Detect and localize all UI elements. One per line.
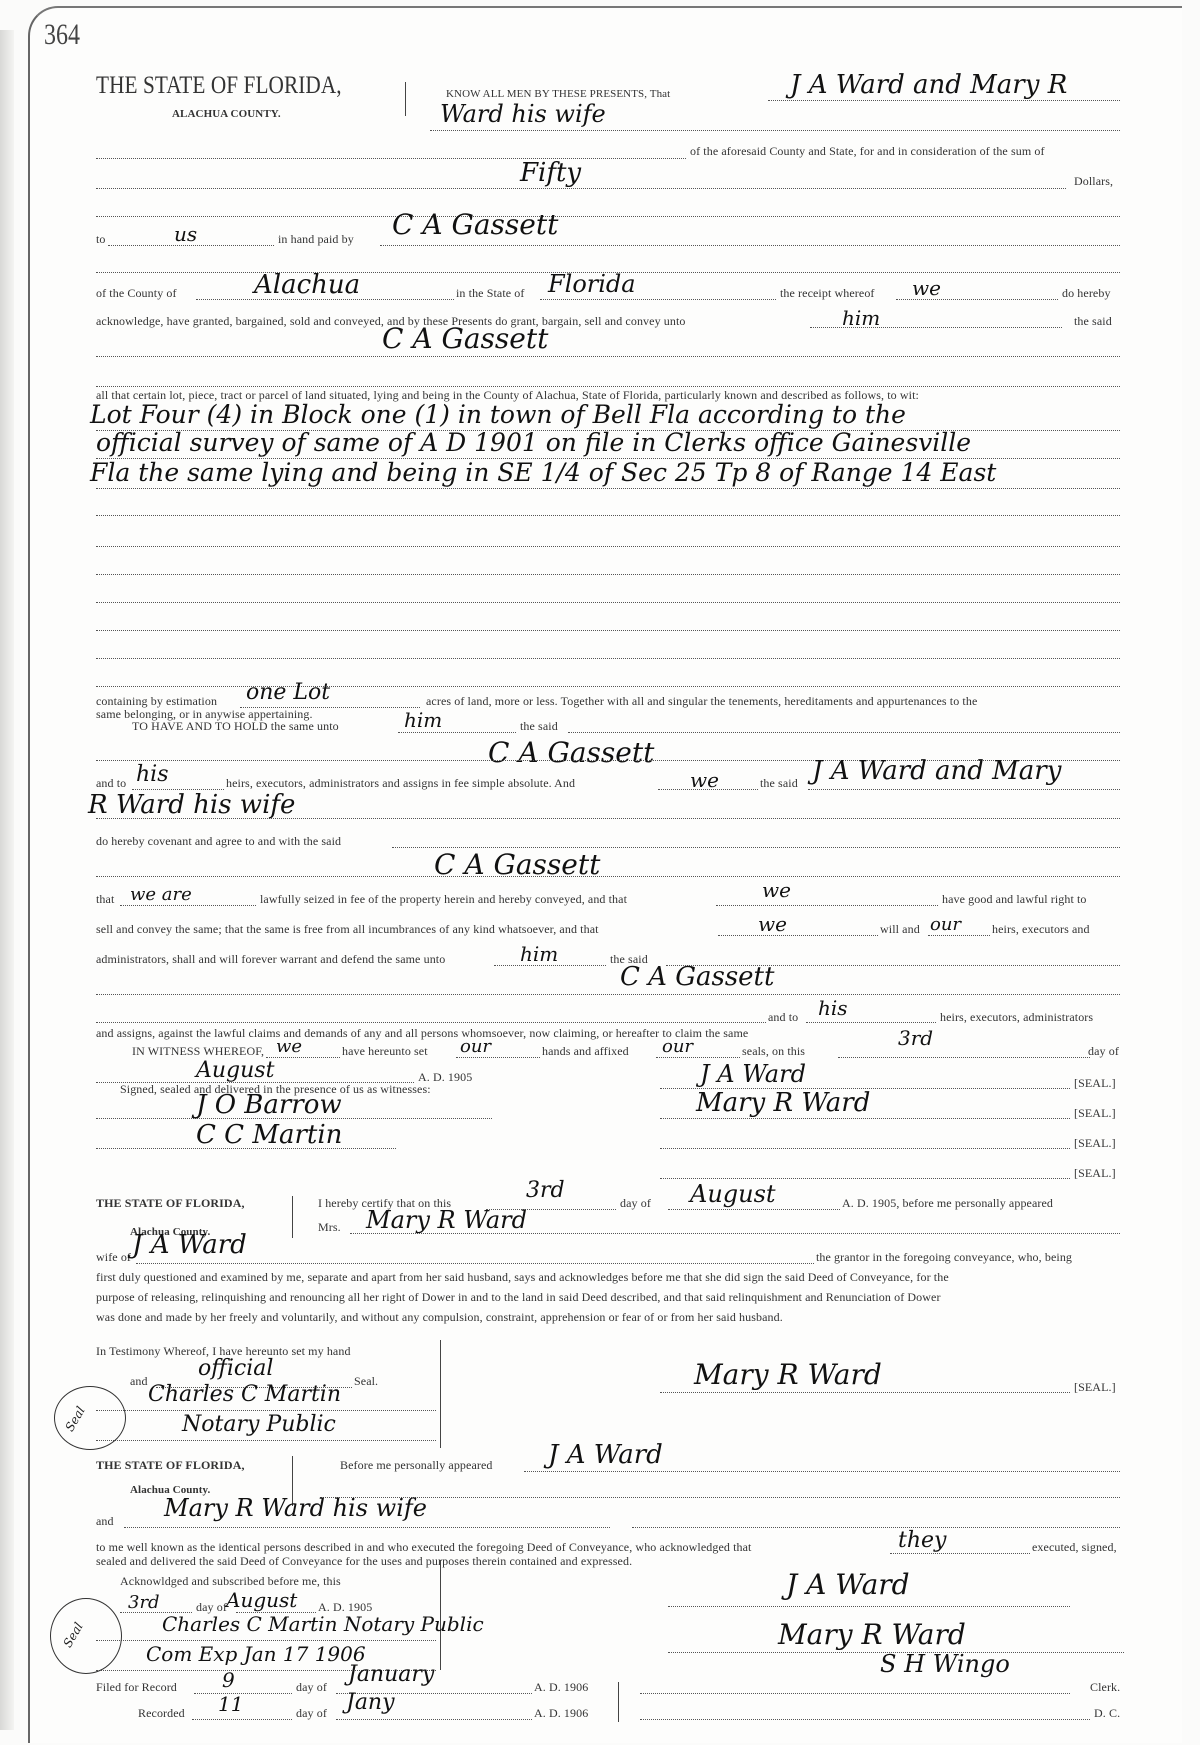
sell-text: sell and convey the same; that the same … — [96, 922, 599, 937]
fill-line — [430, 130, 1120, 131]
paid-by-label: in hand paid by — [278, 232, 354, 247]
day-handwriting: 3rd — [128, 1592, 160, 1613]
notary-seal-stamp — [50, 1598, 122, 1674]
fill-line — [716, 905, 938, 906]
recorded-ad-label: A. D. 1906 — [534, 1706, 588, 1721]
to-handwriting: us — [174, 222, 197, 246]
page-number: 364 — [44, 18, 80, 52]
grantors-handwriting: J A Ward and Mary R — [790, 70, 1067, 100]
seal-label: [SEAL.] — [1074, 1076, 1116, 1091]
mrs-label: Mrs. — [318, 1220, 341, 1235]
receipt-label: the receipt whereof — [780, 286, 875, 301]
dollars-label: Dollars, — [1074, 174, 1113, 189]
fill-line — [656, 1057, 740, 1058]
consideration-text: of the aforesaid County and State, for a… — [690, 144, 1045, 159]
seal-label: [SEAL.] — [1074, 1106, 1116, 1121]
and-to-handwriting: his — [136, 762, 169, 787]
fill-line — [124, 1527, 610, 1528]
month-handwriting: August — [196, 1058, 274, 1083]
state-heading: THE STATE OF FLORIDA, — [96, 1196, 245, 1211]
to-have-handwriting: him — [404, 708, 442, 732]
wife-handwriting: J A Ward — [132, 1230, 247, 1260]
grantors-handwriting-2: R Ward his wife — [88, 790, 295, 820]
brace — [618, 1682, 619, 1722]
filed-day-handwriting: 9 — [222, 1668, 235, 1692]
land-description-line: Fla the same lying and being in SE 1/4 o… — [90, 458, 996, 487]
acknowledged-text: Acknowldged and subscribed before me, th… — [120, 1574, 341, 1589]
set-handwriting: our — [460, 1036, 491, 1057]
fill-line — [96, 574, 1120, 575]
state-heading: THE STATE OF FLORIDA, — [96, 72, 342, 100]
signer-signature: J A Ward — [700, 1060, 806, 1088]
intro-text: KNOW ALL MEN BY THESE PRESENTS, That — [446, 88, 670, 100]
signature-line — [660, 1392, 1070, 1393]
unto-handwriting: him — [842, 306, 880, 330]
affixed-handwriting: our — [662, 1036, 693, 1057]
dower-text-2: purpose of releasing, relinquishing and … — [96, 1290, 941, 1305]
admins-handwriting: him — [520, 942, 558, 966]
containing-handwriting: one Lot — [246, 680, 330, 705]
fill-line — [632, 1527, 1120, 1528]
notary-line — [96, 1440, 436, 1441]
signature-line — [668, 1606, 1070, 1607]
clerk-signature: S H Wingo — [880, 1650, 1010, 1678]
notary-line — [96, 1640, 436, 1641]
seized-text: lawfully seized in fee of the property h… — [260, 892, 627, 907]
that-handwriting: we are — [130, 884, 192, 905]
sealed-text: sealed and delivered the said Deed of Co… — [96, 1554, 632, 1569]
to-have-text: TO HAVE AND TO HOLD the same unto — [132, 719, 339, 734]
fill-line — [456, 1057, 540, 1058]
land-description-line: official survey of same of A D 1901 on f… — [96, 428, 971, 457]
signer-signature: Mary R Ward — [696, 1088, 870, 1118]
grantee-handwriting: C A Gassett — [382, 322, 548, 355]
filed-ad-label: A. D. 1906 — [534, 1680, 588, 1695]
amount-handwriting: Fifty — [520, 158, 581, 188]
commission-expiry-handwriting: Com Exp Jan 17 1906 — [146, 1642, 366, 1666]
fill-line — [806, 1022, 936, 1023]
signature-line — [660, 1148, 1070, 1149]
fill-line — [890, 1553, 1030, 1554]
will-and-label: will and — [880, 922, 920, 937]
fill-line — [524, 1471, 1120, 1472]
to-label: to — [96, 232, 106, 247]
grantors-handwriting-2: Ward his wife — [440, 100, 606, 128]
and-label: and — [130, 1374, 148, 1389]
filed-label: Filed for Record — [96, 1680, 177, 1695]
heirs-admins-text: heirs, executors, administrators — [940, 1010, 1093, 1025]
fill-line — [96, 158, 686, 159]
heirs-text: heirs, executors, administrators and ass… — [226, 776, 575, 791]
seal-word: Seal. — [354, 1374, 378, 1389]
fill-line — [96, 876, 1120, 877]
clerk-line — [640, 1693, 1070, 1694]
day-handwriting: 3rd — [898, 1026, 933, 1050]
grantee-handwriting: C A Gassett — [620, 962, 774, 992]
fill-line — [136, 1263, 814, 1264]
will-handwriting: our — [930, 914, 961, 935]
month-handwriting: August — [226, 1588, 297, 1612]
fill-line — [320, 1497, 1120, 1498]
fill-line — [336, 1719, 532, 1720]
fill-line — [96, 630, 1120, 631]
grantor-text: the grantor in the foregoing conveyance,… — [816, 1250, 1072, 1265]
recorded-month-handwriting: Jany — [346, 1690, 395, 1715]
covenant-text: do hereby covenant and agree to and with… — [96, 834, 341, 849]
dower-text-3: was done and made by her freely and volu… — [96, 1310, 783, 1325]
executed-text: executed, signed, — [1032, 1540, 1117, 1555]
witness-signature: C C Martin — [196, 1120, 342, 1150]
sell-handwriting: we — [758, 912, 787, 936]
fill-line — [96, 188, 1066, 189]
dc-line — [640, 1719, 1090, 1720]
signer-signature: Mary R Ward — [778, 1618, 966, 1651]
fill-line — [266, 1057, 340, 1058]
fill-line — [96, 386, 1120, 387]
before-handwriting: J A Ward — [548, 1440, 663, 1470]
assigns-text: and assigns, against the lawful claims a… — [96, 1026, 748, 1041]
brace — [440, 1340, 441, 1448]
fill-line — [120, 905, 256, 906]
day-of-label: day of — [1088, 1044, 1119, 1059]
known-text: to me well known as the identical person… — [96, 1540, 752, 1555]
known-handwriting: they — [898, 1528, 946, 1553]
do-hereby-label: do hereby — [1062, 286, 1111, 301]
signer-signature: Mary R Ward — [694, 1358, 882, 1391]
brace — [292, 1196, 293, 1238]
witness-signature: J O Barrow — [196, 1090, 342, 1120]
notary-seal-stamp — [54, 1386, 126, 1450]
hands-label: hands and affixed — [542, 1044, 629, 1059]
seized-handwriting: we — [762, 878, 791, 902]
and-to-label: and to — [96, 776, 126, 791]
ad-text: A. D. 1905, before me personally appeare… — [842, 1196, 1053, 1211]
admins-text: administrators, shall and will forever w… — [96, 952, 445, 967]
notary-signature: Charles C Martin Notary Public — [162, 1612, 484, 1636]
fill-line — [96, 488, 1120, 489]
day-of-label: day of — [620, 1196, 651, 1211]
month-handwriting: August — [690, 1180, 776, 1208]
recorded-day-handwriting: 11 — [218, 1692, 243, 1716]
fill-line — [96, 602, 1120, 603]
filed-month-handwriting: January — [348, 1662, 434, 1687]
and-handwriting: Mary R Ward his wife — [164, 1494, 427, 1522]
have-hereunto-label: have hereunto set — [342, 1044, 428, 1059]
wife-of-label: wife of — [96, 1250, 131, 1265]
fill-line — [540, 299, 776, 300]
fill-line — [668, 1209, 840, 1210]
fill-line — [398, 732, 516, 733]
the-said-label: the said — [1074, 314, 1112, 329]
and-to-label: and to — [768, 1010, 798, 1025]
acres-text: acres of land, more or less. Together wi… — [426, 694, 977, 709]
that-label: that — [96, 892, 114, 907]
dc-label: D. C. — [1094, 1706, 1120, 1721]
signer-signature: J A Ward — [786, 1568, 910, 1601]
state-handwriting: Florida — [548, 270, 636, 298]
dower-text-1: first duly questioned and examined by me… — [96, 1270, 949, 1285]
fill-line — [96, 1022, 766, 1023]
the-said-label: the said — [520, 719, 558, 734]
and-to-handwriting: his — [818, 996, 848, 1020]
the-said-label: the said — [760, 776, 798, 791]
state-heading: THE STATE OF FLORIDA, — [96, 1458, 245, 1473]
recorded-label: Recorded — [138, 1706, 185, 1721]
before-me-text: Before me personally appeared — [340, 1458, 493, 1473]
seals-label: seals, on this — [742, 1044, 805, 1059]
county-heading: ALACHUA COUNTY. — [172, 108, 281, 120]
day-of-label: day of — [296, 1680, 327, 1695]
fill-line — [768, 100, 1120, 101]
paid-by-handwriting: C A Gassett — [392, 208, 558, 241]
and-handwriting: we — [690, 768, 719, 792]
fill-line — [96, 216, 1120, 217]
in-witness-label: IN WITNESS WHEREOF, — [132, 1044, 264, 1059]
clerk-label: Clerk. — [1090, 1680, 1120, 1695]
notary-signature: Charles C Martin — [148, 1382, 341, 1407]
mrs-handwriting: Mary R Ward — [366, 1206, 527, 1234]
day-handwriting: 3rd — [526, 1178, 565, 1203]
page-edge-shadow — [0, 30, 14, 1730]
seal-label: [SEAL.] — [1074, 1136, 1116, 1151]
official-handwriting: official — [198, 1356, 273, 1381]
deed-page — [28, 6, 1182, 1743]
fill-line — [96, 546, 1120, 547]
receipt-handwriting: we — [912, 276, 941, 300]
fill-line — [96, 994, 1120, 995]
day-of-label: day of — [296, 1706, 327, 1721]
fill-line — [718, 935, 878, 936]
grantee-handwriting: C A Gassett — [488, 736, 654, 769]
and-label: and — [96, 1514, 114, 1529]
seal-label: [SEAL.] — [1074, 1380, 1116, 1395]
good-right-text: have good and lawful right to — [942, 892, 1087, 907]
notary-title-handwriting: Notary Public — [182, 1412, 336, 1437]
county-of-label: of the County of — [96, 286, 177, 301]
county-handwriting: Alachua — [254, 270, 360, 300]
signature-line — [660, 1178, 1070, 1179]
fill-line — [96, 515, 1120, 516]
fill-line — [808, 789, 1120, 790]
fill-line — [928, 935, 990, 936]
fill-line — [96, 356, 1120, 357]
seal-label: [SEAL.] — [1074, 1166, 1116, 1181]
brace — [405, 82, 406, 116]
signature-line — [660, 1118, 1070, 1119]
notary-line — [96, 1410, 436, 1411]
state-of-label: in the State of — [456, 286, 524, 301]
land-description-line: Lot Four (4) in Block one (1) in town of… — [90, 400, 906, 429]
fill-line — [192, 1719, 292, 1720]
grantors-handwriting: J A Ward and Mary — [812, 756, 1061, 786]
fill-line — [380, 245, 1120, 246]
witness-handwriting: we — [276, 1036, 302, 1057]
fill-line — [838, 1057, 1090, 1058]
fill-line — [96, 658, 1120, 659]
fill-line — [568, 732, 1120, 733]
heirs-exec-text: heirs, executors and — [992, 922, 1090, 937]
